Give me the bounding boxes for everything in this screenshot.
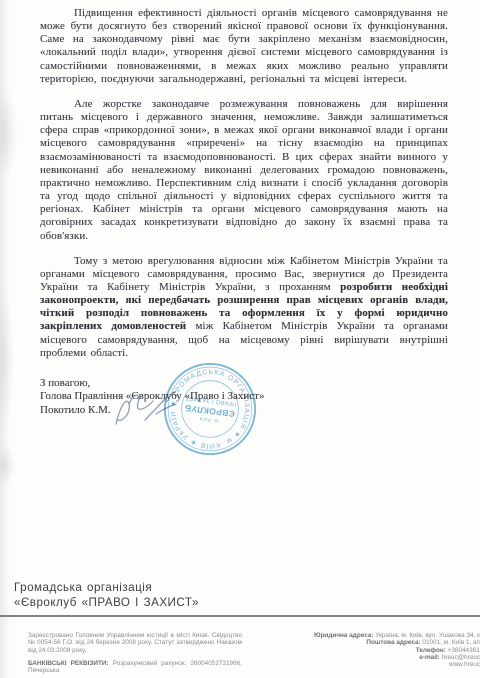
organization-stamp: ★ ГРОМАДСЬКА ОРГАНІЗАЦІЯ ★ м. КИЇВ ★ УКР… — [162, 361, 258, 457]
scan-blotch — [0, 445, 16, 485]
footer-org-line1: Громадська організація — [14, 581, 199, 596]
bank-label: БАНКІВСЬКІ РЕКВІЗИТИ: — [28, 660, 109, 667]
letter-paragraphs: Підвищення ефективності діяльності орган… — [40, 7, 448, 360]
contact-row: e-mail: hreuc@hreuc.com — [264, 654, 480, 661]
footer-divider — [0, 615, 480, 617]
paragraph: Підвищення ефективності діяльності орган… — [40, 7, 448, 86]
footer-registration-block: Зареєстровано Головним Управлінням юстиц… — [28, 632, 242, 674]
stamp-center-text: м. Київ ЄВРОКЛУБ ПРАВО І ЗАХИСТ — [183, 394, 237, 425]
scan-edge-shadow — [0, 0, 10, 678]
footer-contacts-block: Юридична адреса: Україна, м. Київ, вул. … — [264, 632, 480, 668]
registration-text: Зареєстровано Головним Управлінням юстиц… — [28, 632, 242, 654]
footer-org-line2: «Євроклуб «ПРАВО І ЗАХИСТ» — [14, 596, 199, 611]
scanned-letter-page: Підвищення ефективності діяльності орган… — [0, 0, 480, 678]
footer-org-name: Громадська організація «Євроклуб «ПРАВО … — [14, 581, 199, 610]
scan-blotch — [0, 88, 18, 178]
paragraph: Але жорстке законодавче розмежування пов… — [40, 98, 448, 243]
contact-row: Поштова адреса: 01001, м. Київ 1, а/с 89… — [264, 639, 480, 646]
bank-details: БАНКІВСЬКІ РЕКВІЗИТИ: Розрахунковий раху… — [28, 660, 242, 675]
paragraph: Тому з метою врегулювання відносин між К… — [40, 255, 448, 360]
contact-row: www.hreuc.com — [264, 661, 480, 668]
letter-body: Підвищення ефективності діяльності орган… — [40, 7, 448, 372]
contact-row: Телефон: +380443610404 — [264, 647, 480, 654]
scan-blotch — [0, 290, 15, 430]
contact-row: Юридична адреса: Україна, м. Київ, вул. … — [264, 632, 480, 639]
